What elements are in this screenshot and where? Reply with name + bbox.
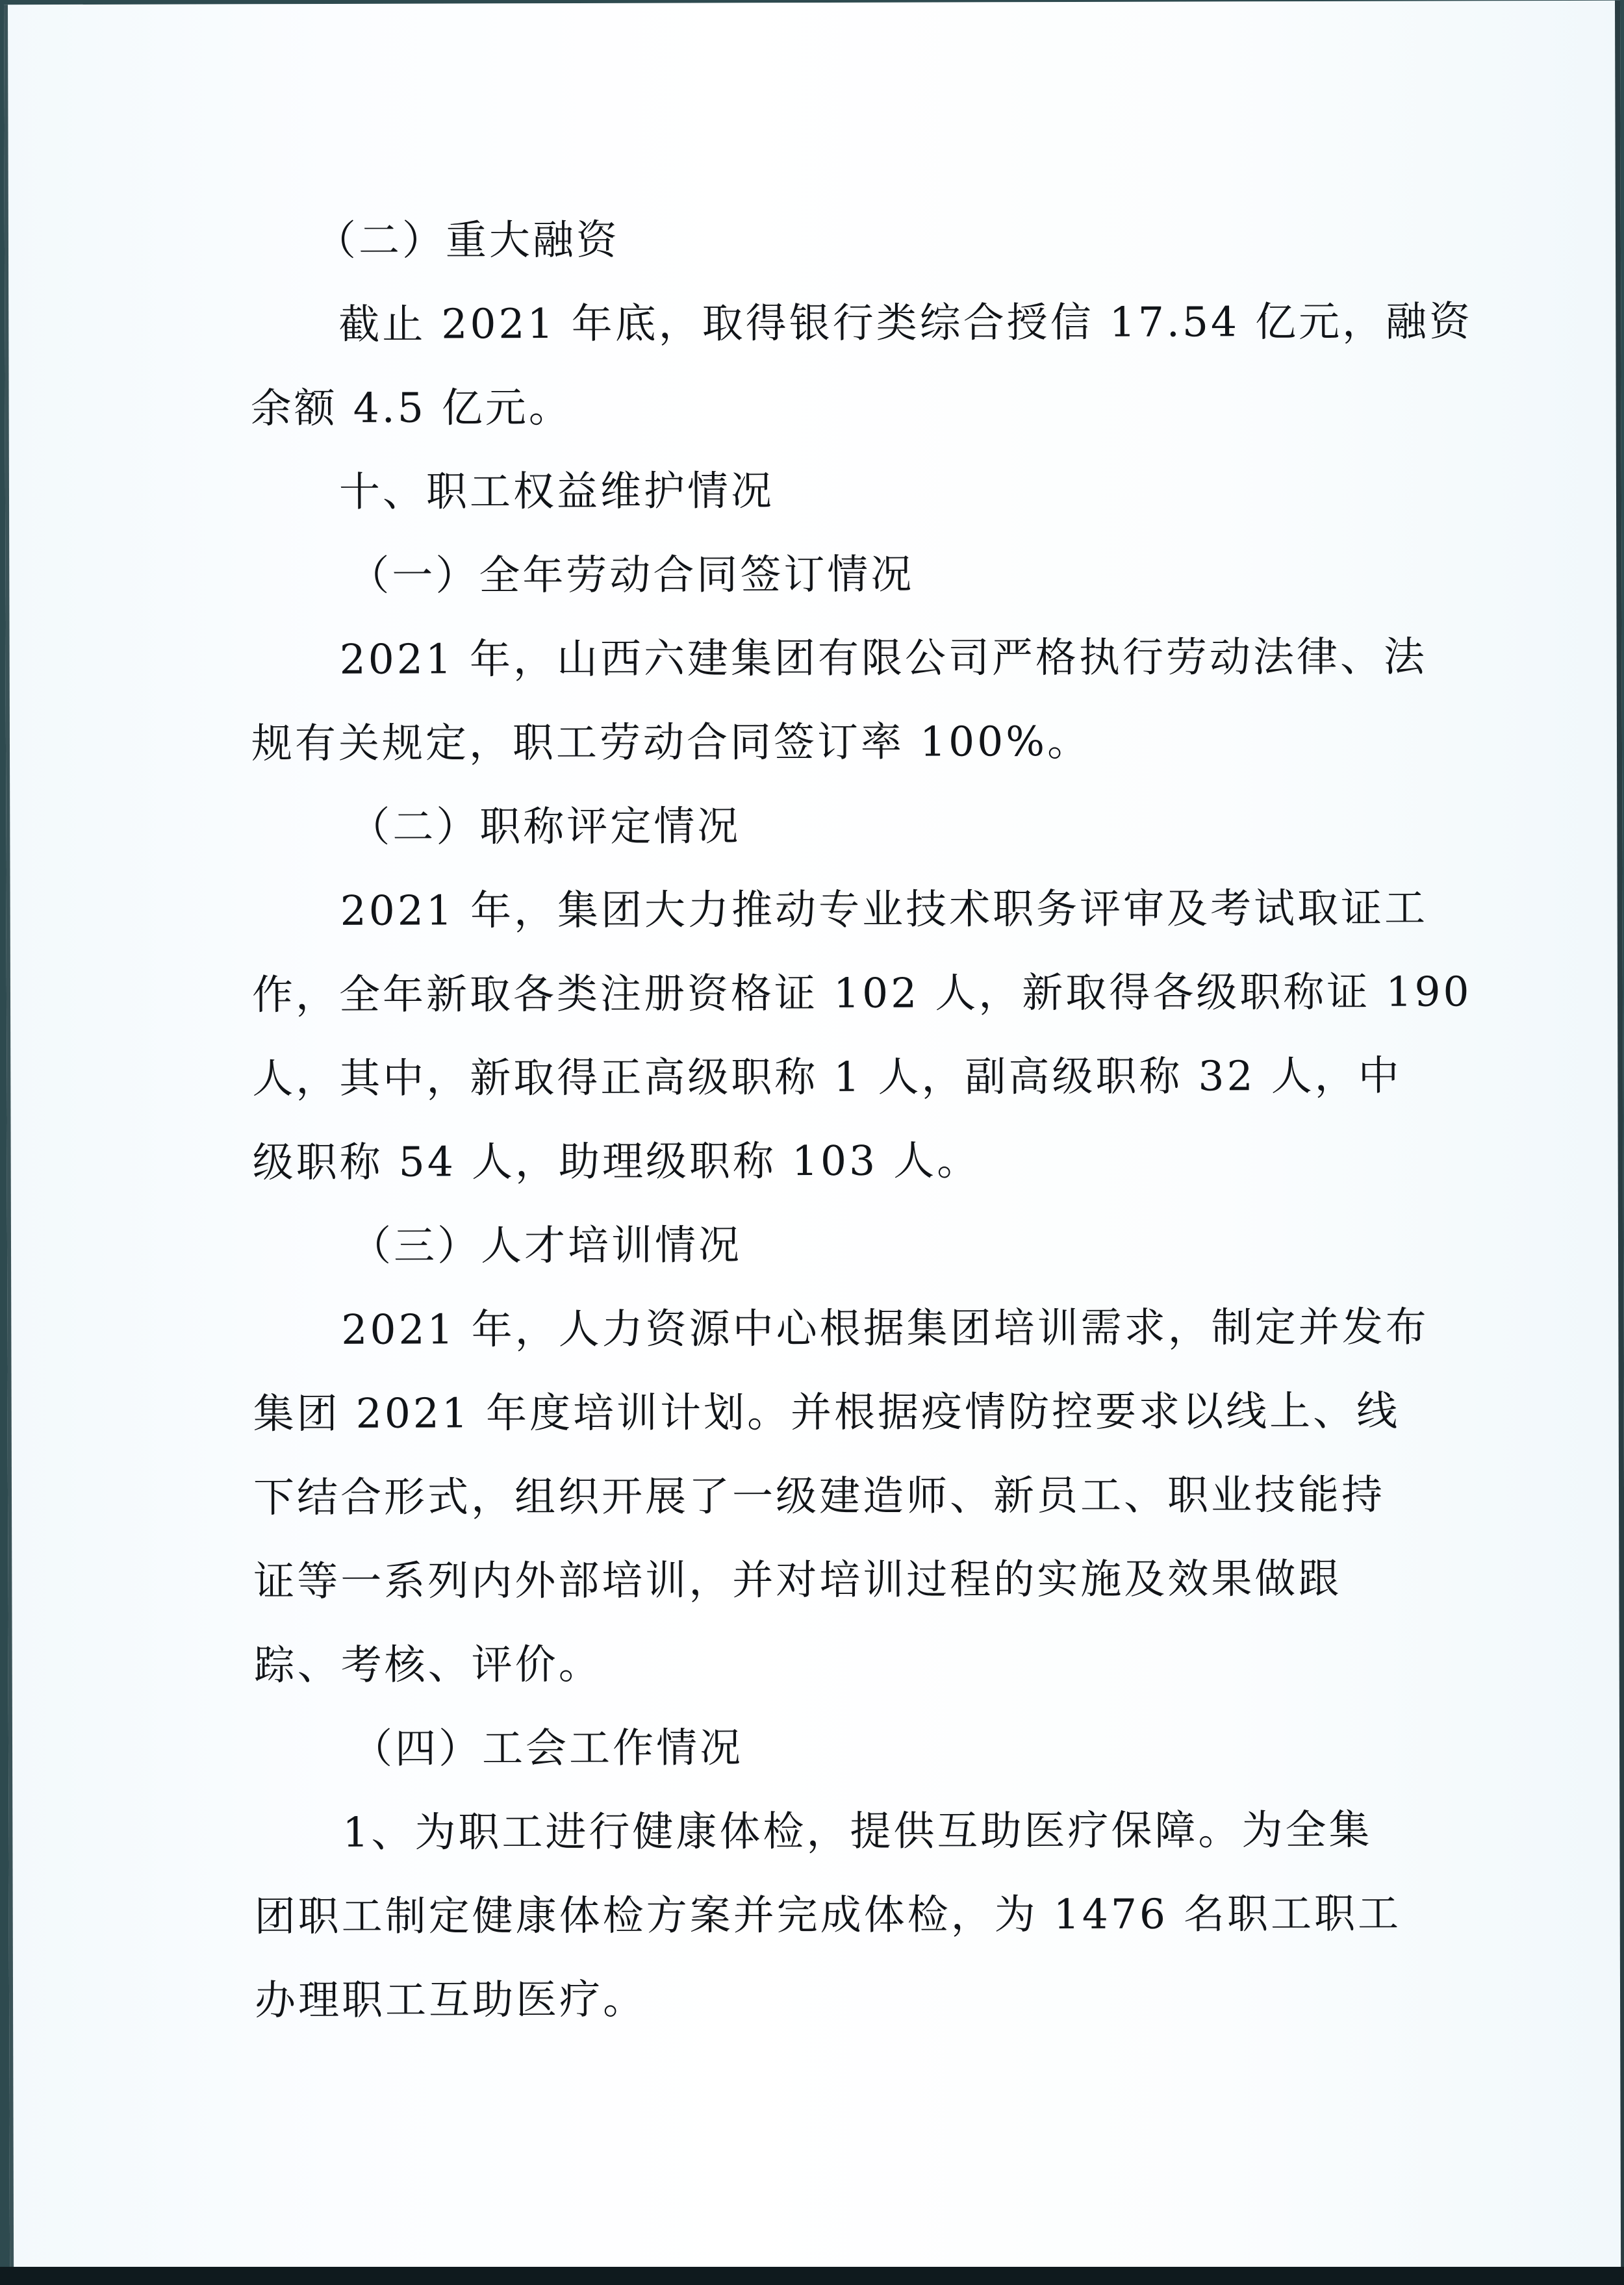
subheading-major-financing: （二）重大融资 xyxy=(250,196,1393,283)
paragraph-line: 人，其中，新取得正高级职称 1 人，副高级职称 32 人，中 xyxy=(252,1034,1395,1121)
paragraph-line: 集团 2021 年度培训计划。并根据疫情防控要求以线上、线 xyxy=(253,1369,1397,1456)
paragraph-line: 证等一系列内外部培训，并对培训过程的实施及效果做跟 xyxy=(253,1537,1397,1624)
scan-bottom-edge xyxy=(0,2267,1624,2285)
paragraph-line: 级职称 54 人，助理级职称 103 人。 xyxy=(253,1118,1396,1205)
paragraph-line: 1、为职工进行健康体检，提供互助医疗保障。为全集 xyxy=(254,1788,1397,1875)
paragraph-line: 办理职工互助医疗。 xyxy=(255,1956,1398,2043)
paragraph-line: 踪、考核、评价。 xyxy=(254,1621,1397,1708)
paragraph-line: 2021 年，山西六建集团有限公司严格执行劳动法律、法 xyxy=(251,615,1394,702)
subheading-talent-training: （三）人才培训情况 xyxy=(253,1202,1396,1289)
scan-right-edge xyxy=(1615,1,1624,2267)
paragraph-line: 2021 年，集团大力推动专业技术职务评审及考试取证工 xyxy=(251,866,1395,953)
scanned-page: （二）重大融资 截止 2021 年底，取得银行类综合授信 17.54 亿元，融资… xyxy=(4,1,1624,2272)
paragraph-line: 2021 年，人力资源中心根据集团培训需求，制定并发布 xyxy=(253,1285,1396,1372)
subheading-labor-contracts: （一）全年劳动合同签订情况 xyxy=(251,531,1394,618)
paragraph-line: 作，全年新取各类注册资格证 102 人，新取得各级职称证 190 xyxy=(252,950,1395,1037)
paragraph-line: 截止 2021 年底，取得银行类综合授信 17.54 亿元，融资 xyxy=(250,280,1393,367)
subheading-title-evaluation: （二）职称评定情况 xyxy=(251,783,1395,870)
paragraph-line: 余额 4.5 亿元。 xyxy=(250,364,1393,451)
paragraph-line: 下结合形式，组织开展了一级建造师、新员工、职业技能持 xyxy=(253,1453,1397,1540)
subheading-union-work: （四）工会工作情况 xyxy=(254,1704,1397,1791)
paragraph-line: 团职工制定健康体检方案并完成体检，为 1476 名职工职工 xyxy=(255,1872,1398,1959)
paragraph-line: 规有关规定，职工劳动合同签订率 100%。 xyxy=(251,699,1395,786)
heading-employee-rights: 十、职工权益维护情况 xyxy=(251,448,1394,535)
document-body: （二）重大融资 截止 2021 年底，取得银行类综合授信 17.54 亿元，融资… xyxy=(250,196,1398,2043)
scan-left-edge xyxy=(4,5,14,2271)
